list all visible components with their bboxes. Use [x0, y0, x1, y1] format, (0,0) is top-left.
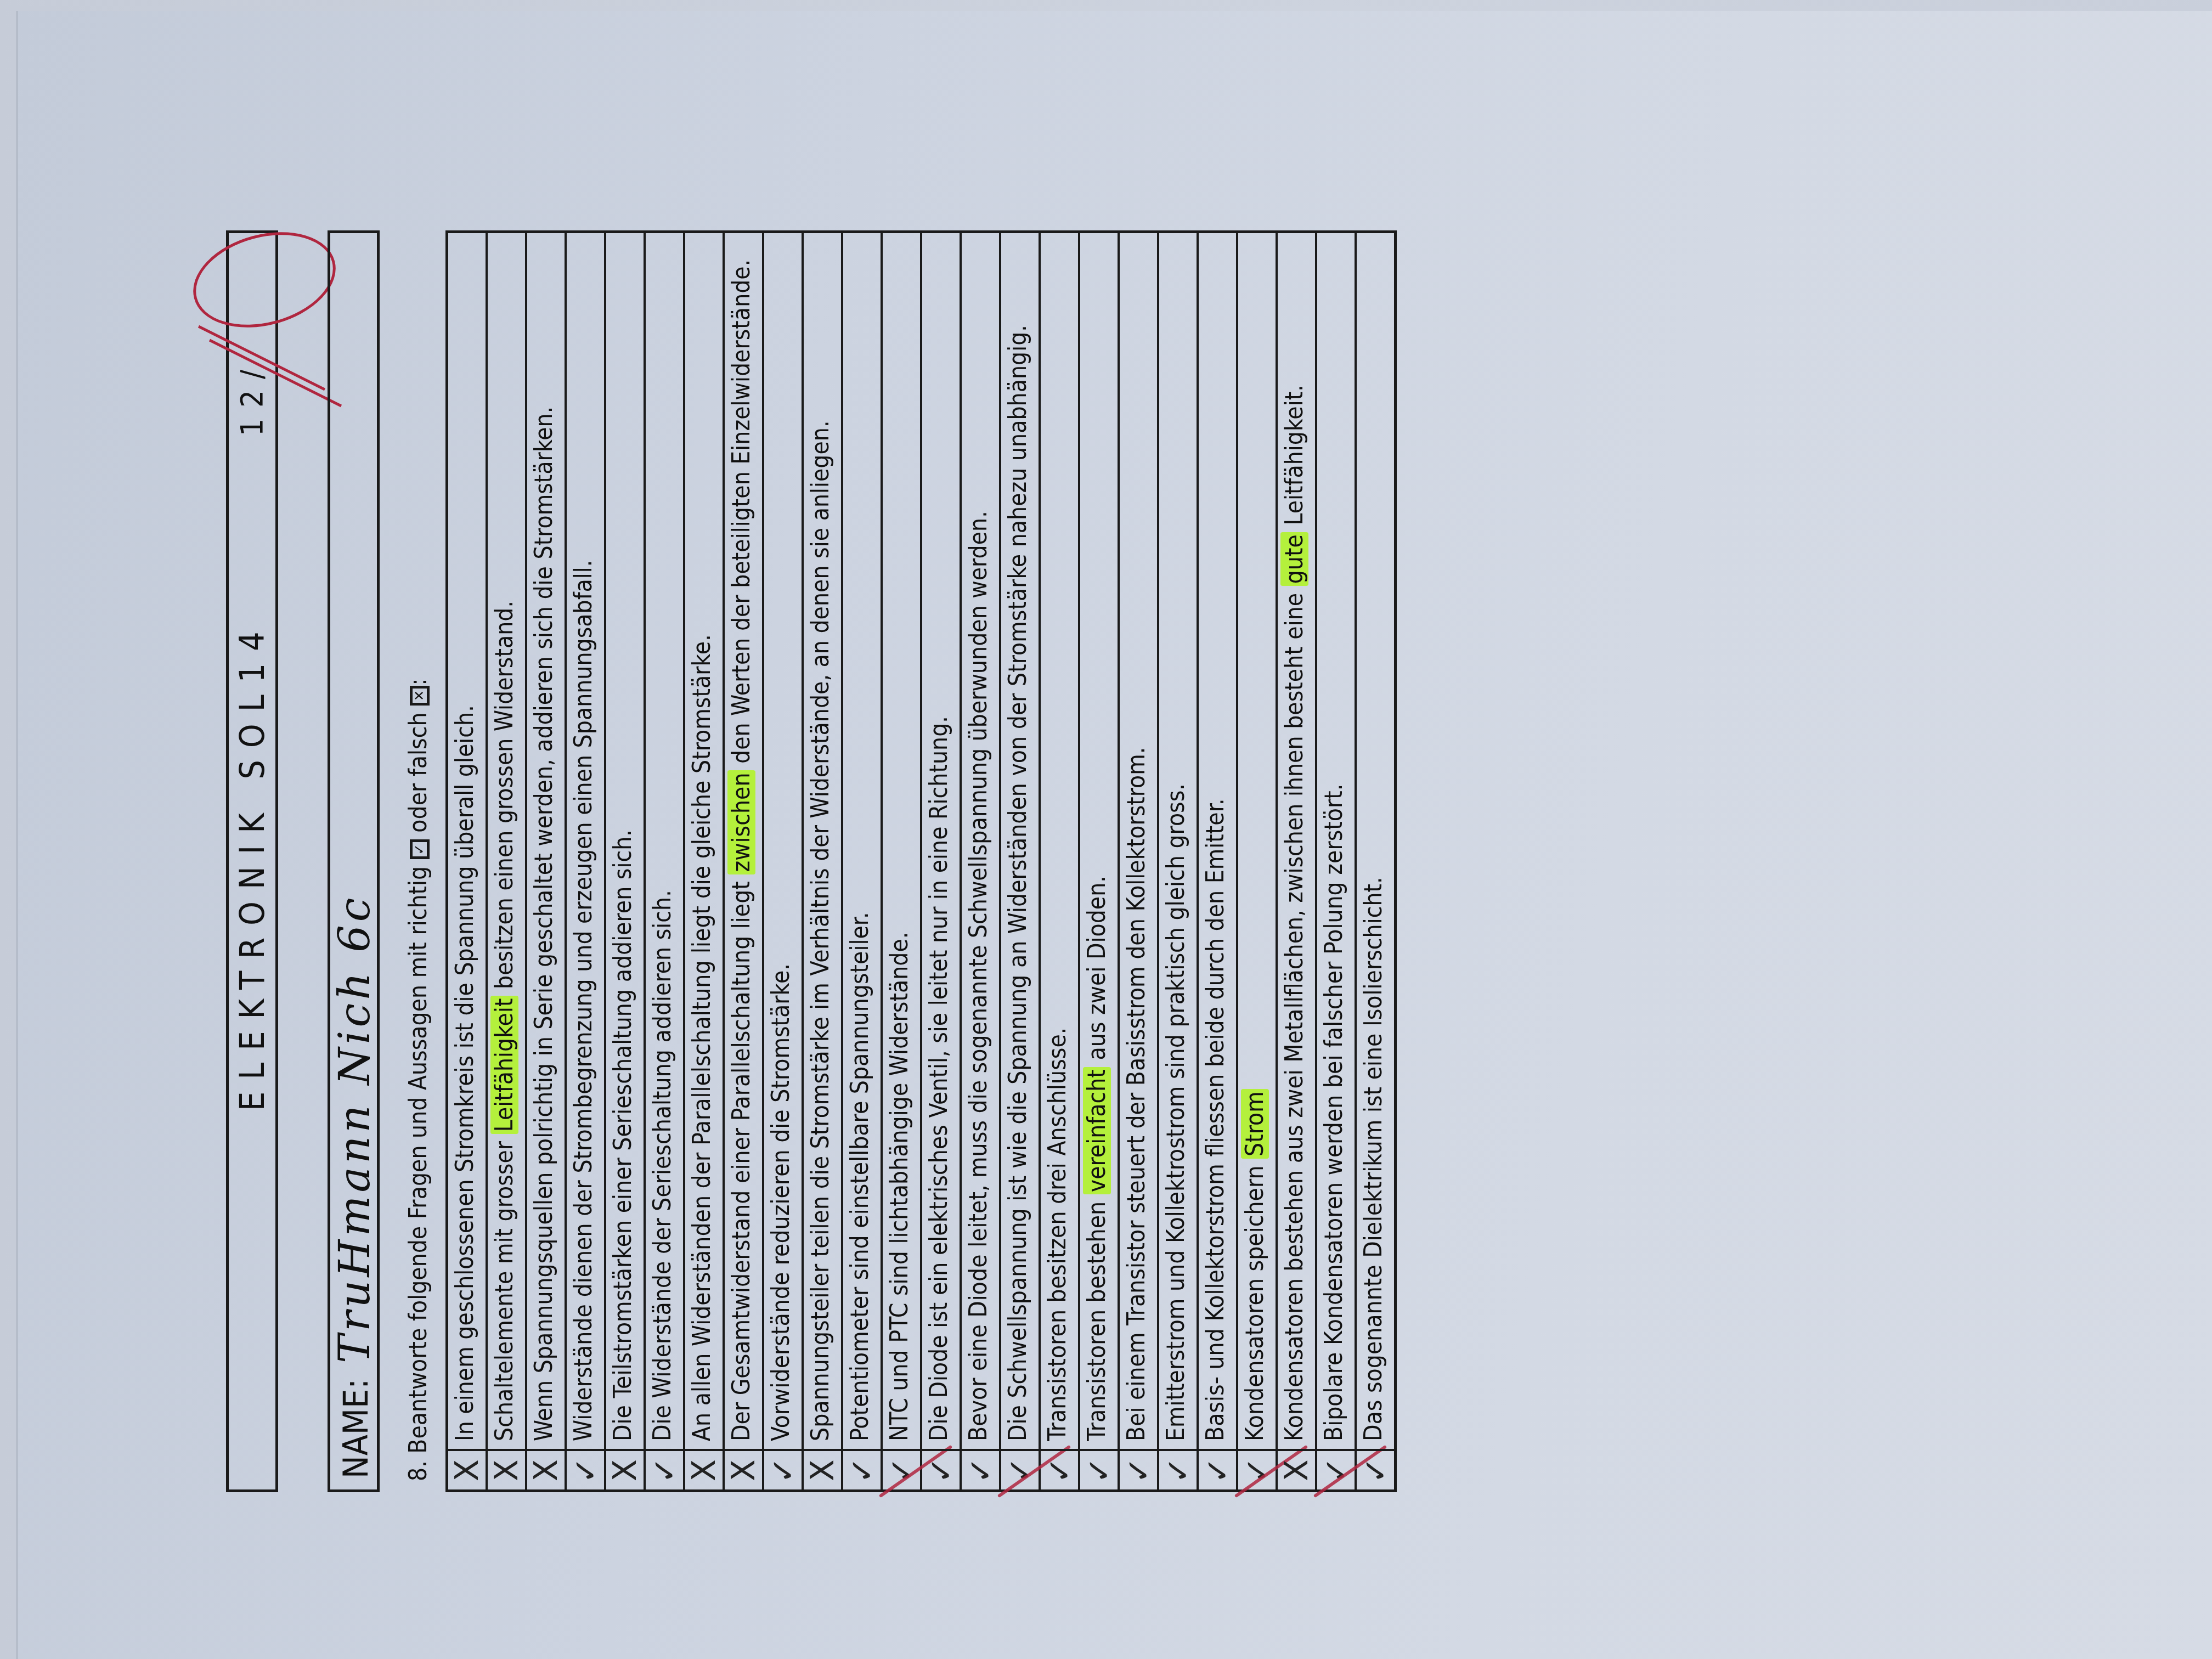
question-row: ✓Widerstände dienen der Strombegrenzung …	[567, 233, 606, 1489]
false-mark-icon[interactable]: X	[1278, 1449, 1315, 1489]
student-name: TruHmann Nich 6c	[330, 894, 380, 1363]
question-text: Kondensatoren speichern Strom	[1238, 233, 1276, 1449]
question-text: Die Widerstände der Serieschaltung addie…	[646, 233, 683, 1449]
question-text: Die Teilstromstärken einer Serieschaltun…	[606, 233, 644, 1449]
question-text: An allen Widerständen der Parallelschalt…	[685, 233, 723, 1449]
question-text: Potentiometer sind einstellbare Spannung…	[843, 233, 881, 1449]
question-row: XWenn Spannungsquellen polrichtig in Ser…	[527, 233, 567, 1489]
question-row: XDer Gesamtwiderstand einer Parallelscha…	[725, 233, 764, 1489]
question-row: ✓Potentiometer sind einstellbare Spannun…	[843, 233, 883, 1489]
paper-sheet: ELEKTRONIK SOL14 12/ NAME: TruHmann Nich…	[16, 11, 2212, 1659]
worksheet-title: ELEKTRONIK SOL14	[232, 619, 272, 1111]
task-instruction: 8. Beantworte folgende Fragen und Aussag…	[404, 679, 432, 1482]
question-row: ✓Vorwiderstände reduzieren die Stromstär…	[764, 233, 804, 1489]
question-row: ✓Emitterstrom und Kollektrostrom sind pr…	[1159, 233, 1199, 1489]
questions-table: XIn einem geschlossenen Stromkreis ist d…	[445, 230, 1397, 1492]
true-mark-icon[interactable]: ✓	[764, 1449, 802, 1489]
question-row: XAn allen Widerständen der Parallelschal…	[685, 233, 725, 1489]
question-row: ✓Die Diode ist ein elektrisches Ventil, …	[922, 233, 962, 1489]
true-mark-icon[interactable]: ✓	[1317, 1449, 1355, 1489]
true-mark-icon[interactable]: ✓	[646, 1449, 683, 1489]
question-text: In einem geschlossenen Stromkreis ist di…	[448, 233, 486, 1449]
question-row: XKondensatoren bestehen aus zwei Metallf…	[1278, 233, 1317, 1489]
question-row: XSchaltelemente mit grosser Leitfähigkei…	[488, 233, 527, 1489]
question-text: Widerstände dienen der Strombegrenzung u…	[567, 233, 604, 1449]
question-row: XIn einem geschlossenen Stromkreis ist d…	[448, 233, 488, 1489]
true-mark-icon[interactable]: ✓	[922, 1449, 960, 1489]
true-mark-icon[interactable]: ✓	[1159, 1449, 1197, 1489]
question-row: ✓Das sogenannte Dielektrikum ist eine Is…	[1357, 233, 1394, 1489]
true-mark-icon[interactable]: ✓	[1238, 1449, 1276, 1489]
question-text: Transistoren besitzen drei Anschlüsse.	[1041, 233, 1078, 1449]
highlighted-word: gute	[1280, 532, 1308, 586]
highlighted-word: zwischen	[727, 770, 755, 874]
question-text: Wenn Spannungsquellen polrichtig in Seri…	[527, 233, 565, 1449]
question-row: ✓Transistoren bestehen vereinfacht aus z…	[1080, 233, 1120, 1489]
true-mark-icon[interactable]: ✓	[883, 1449, 920, 1489]
question-text: Emitterstrom und Kollektrostrom sind pra…	[1159, 233, 1197, 1449]
true-mark-icon[interactable]: ✓	[1120, 1449, 1157, 1489]
question-row: ✓NTC und PTC sind lichtabhängige Widerst…	[883, 233, 922, 1489]
question-row: ✓Transistoren besitzen drei Anschlüsse.	[1041, 233, 1080, 1489]
false-mark-icon[interactable]: X	[527, 1449, 565, 1489]
instruction-text-2: oder falsch	[404, 712, 432, 832]
true-mark-icon[interactable]: ✓	[1001, 1449, 1039, 1489]
question-row: XSpannungsteiler teilen die Stromstärke …	[804, 233, 843, 1489]
question-text: Die Schwellspannung ist wie die Spannung…	[1001, 233, 1039, 1449]
question-row: ✓Bipolare Kondensatoren werden bei falsc…	[1317, 233, 1357, 1489]
question-text: Schaltelemente mit grosser Leitfähigkeit…	[488, 233, 525, 1449]
question-text: Basis- und Kollektorstrom fliessen beide…	[1199, 233, 1236, 1449]
page-number: 12/	[234, 359, 270, 436]
question-text: Spannungsteiler teilen die Stromstärke i…	[804, 233, 841, 1449]
question-row: ✓Die Schwellspannung ist wie die Spannun…	[1001, 233, 1041, 1489]
question-row: ✓Bevor eine Diode leitet, muss die sogen…	[962, 233, 1001, 1489]
question-row: ✓Basis- und Kollektorstrom fliessen beid…	[1199, 233, 1238, 1489]
true-mark-icon[interactable]: ✓	[1041, 1449, 1078, 1489]
question-text: Bipolare Kondensatoren werden bei falsch…	[1317, 233, 1355, 1449]
true-checkbox-icon: ✓	[410, 839, 430, 859]
highlighted-word: vereinfacht	[1083, 1067, 1111, 1194]
instruction-text-1: Beantworte folgende Fragen und Aussagen …	[404, 866, 432, 1454]
name-box: NAME: TruHmann Nich 6c	[328, 230, 380, 1492]
question-text: Kondensatoren bestehen aus zwei Metallfl…	[1278, 233, 1315, 1449]
false-mark-icon[interactable]: X	[488, 1449, 525, 1489]
question-text: Bei einem Transistor steuert der Basisst…	[1120, 233, 1157, 1449]
question-text: Transistoren bestehen vereinfacht aus zw…	[1080, 233, 1118, 1449]
highlighted-word: Leitfähigkeit	[490, 996, 518, 1135]
instruction-colon: :	[404, 679, 432, 686]
true-mark-icon[interactable]: ✓	[962, 1449, 999, 1489]
highlighted-word: Strom	[1241, 1089, 1269, 1159]
question-row: ✓Bei einem Transistor steuert der Basiss…	[1120, 233, 1159, 1489]
false-checkbox-icon: ✕	[410, 686, 430, 706]
question-text: NTC und PTC sind lichtabhängige Widerstä…	[883, 233, 920, 1449]
true-mark-icon[interactable]: ✓	[1080, 1449, 1118, 1489]
false-mark-icon[interactable]: X	[804, 1449, 841, 1489]
false-mark-icon[interactable]: X	[725, 1449, 762, 1489]
true-mark-icon[interactable]: ✓	[843, 1449, 881, 1489]
title-box: ELEKTRONIK SOL14 12/	[226, 230, 278, 1492]
name-label: NAME:	[336, 1379, 376, 1479]
question-row: XDie Teilstromstärken einer Serieschaltu…	[606, 233, 646, 1489]
task-number: 8.	[404, 1460, 432, 1481]
false-mark-icon[interactable]: X	[448, 1449, 486, 1489]
true-mark-icon[interactable]: ✓	[1199, 1449, 1236, 1489]
false-mark-icon[interactable]: X	[606, 1449, 644, 1489]
false-mark-icon[interactable]: X	[685, 1449, 723, 1489]
question-text: Der Gesamtwiderstand einer Parallelschal…	[725, 233, 762, 1449]
true-mark-icon[interactable]: ✓	[1357, 1449, 1394, 1489]
question-text: Die Diode ist ein elektrisches Ventil, s…	[922, 233, 960, 1449]
question-text: Bevor eine Diode leitet, muss die sogena…	[962, 233, 999, 1449]
worksheet-page: ELEKTRONIK SOL14 12/ NAME: TruHmann Nich…	[226, 176, 1543, 1492]
question-row: ✓Die Widerstände der Serieschaltung addi…	[646, 233, 685, 1489]
question-text: Das sogenannte Dielektrikum ist eine Iso…	[1357, 233, 1394, 1449]
true-mark-icon[interactable]: ✓	[567, 1449, 604, 1489]
question-row: ✓Kondensatoren speichern Strom	[1238, 233, 1278, 1489]
question-text: Vorwiderstände reduzieren die Stromstärk…	[764, 233, 802, 1449]
